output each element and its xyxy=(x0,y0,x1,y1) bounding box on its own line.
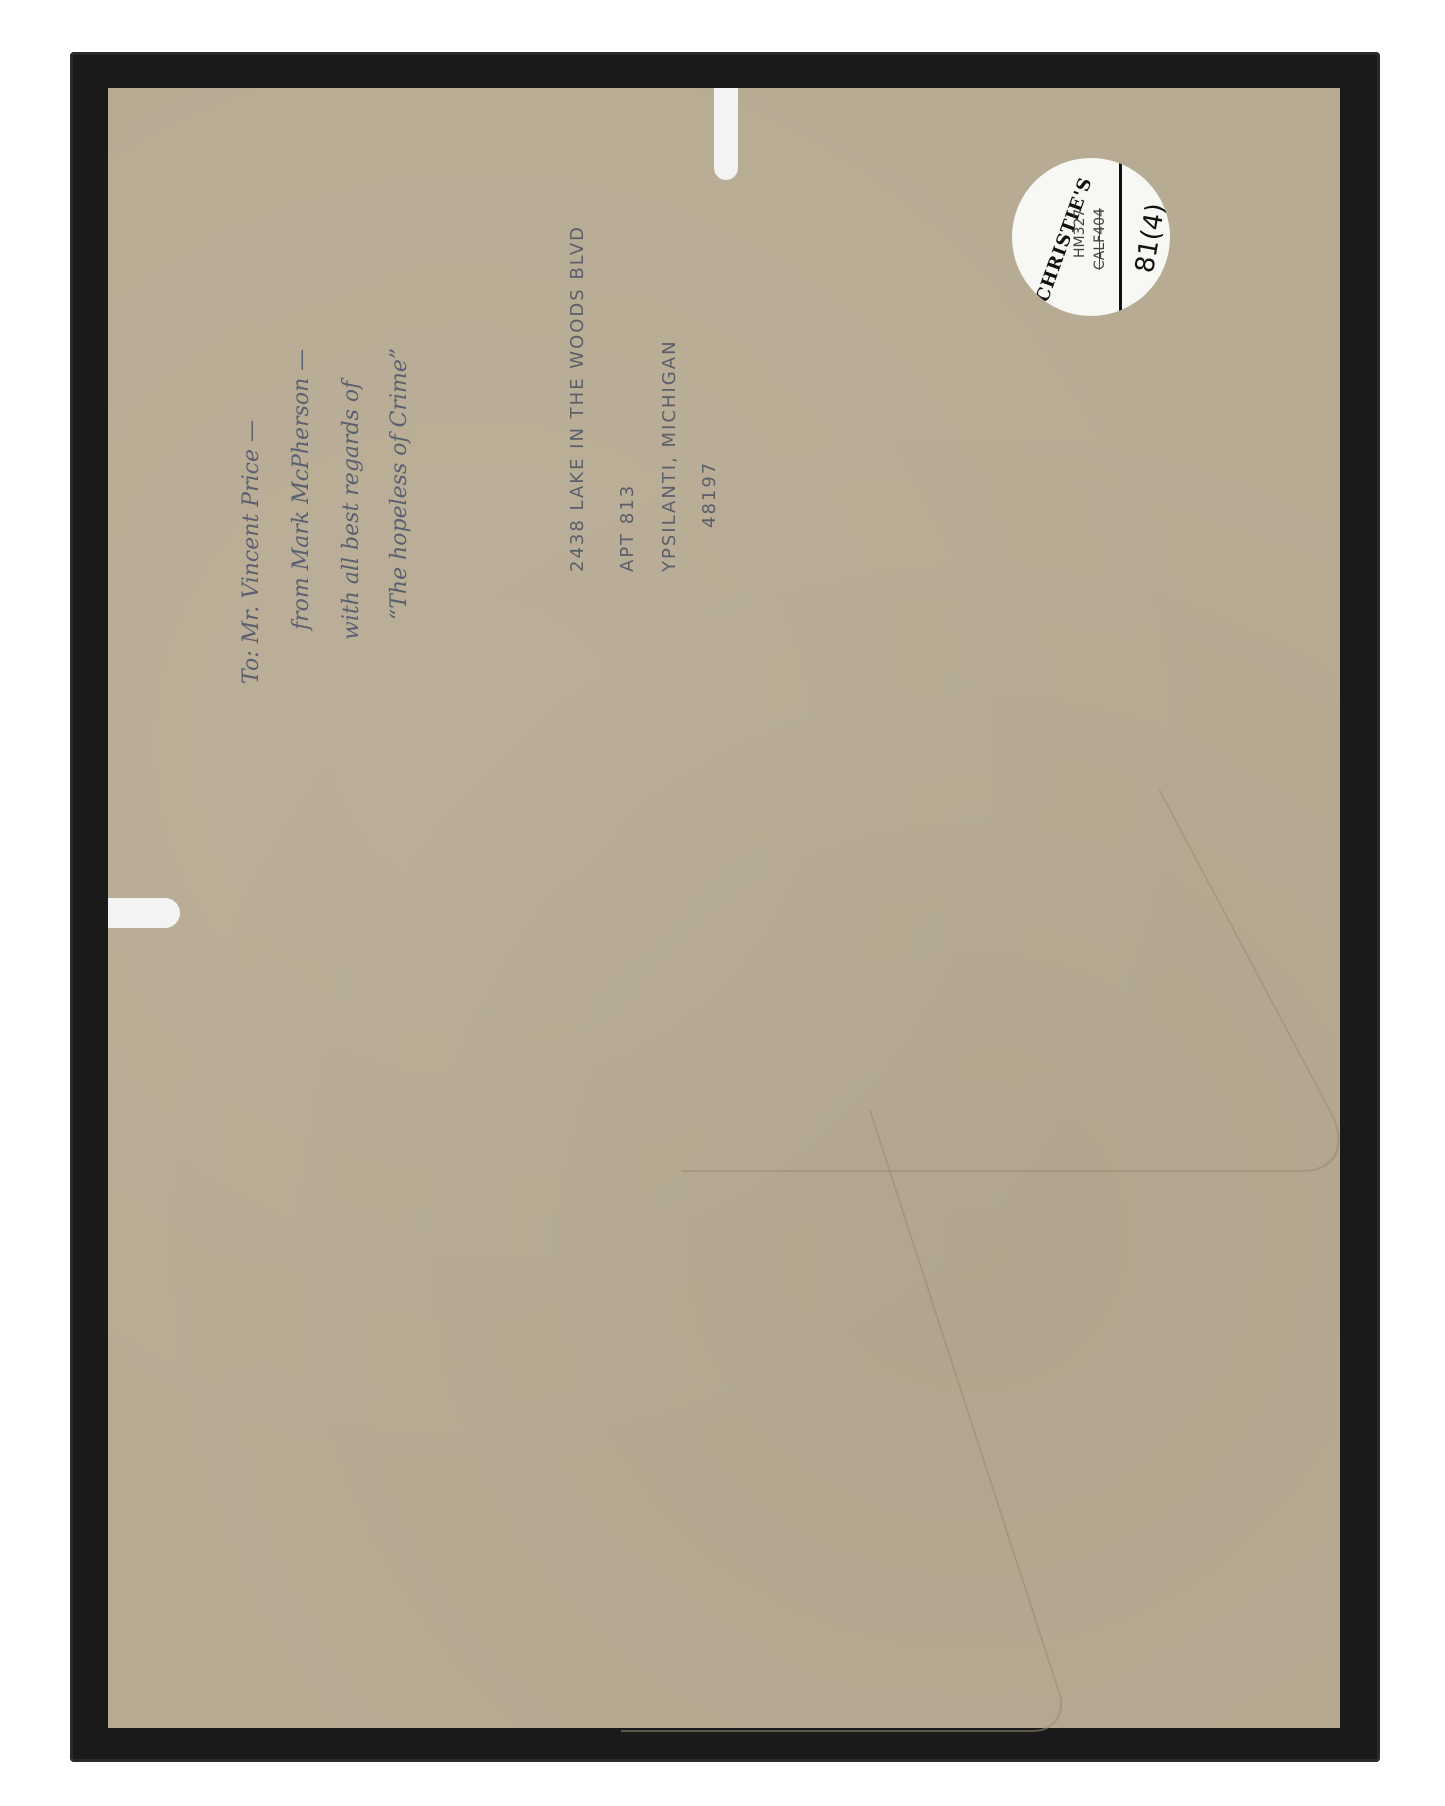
address-line: 48197 xyxy=(692,461,728,528)
sticker-code-struck: CALF404 xyxy=(1092,208,1108,270)
sticker-lot-number: 81(4) xyxy=(1130,201,1170,275)
inscription-line: from Mark McPherson — xyxy=(284,349,320,630)
auction-sticker: CHRISTIE'S HM327 CALF404 81(4) xyxy=(1012,158,1170,316)
inscription-line: “The hopeless of Crime” xyxy=(382,348,418,620)
hanging-slot-left xyxy=(108,898,180,928)
sticker-code: HM327 xyxy=(1072,209,1088,258)
hanging-slot-top xyxy=(714,88,738,180)
address-line: 2438 LAKE IN THE WOODS BLVD xyxy=(560,225,596,572)
sticker-divider xyxy=(1119,158,1122,316)
inscription-line: with all best regards of xyxy=(334,381,370,640)
address-line: YPSILANTI, MICHIGAN xyxy=(652,339,688,572)
address-line: APT 813 xyxy=(610,484,646,572)
inscription-line: To: Mr. Vincent Price — xyxy=(234,420,270,684)
